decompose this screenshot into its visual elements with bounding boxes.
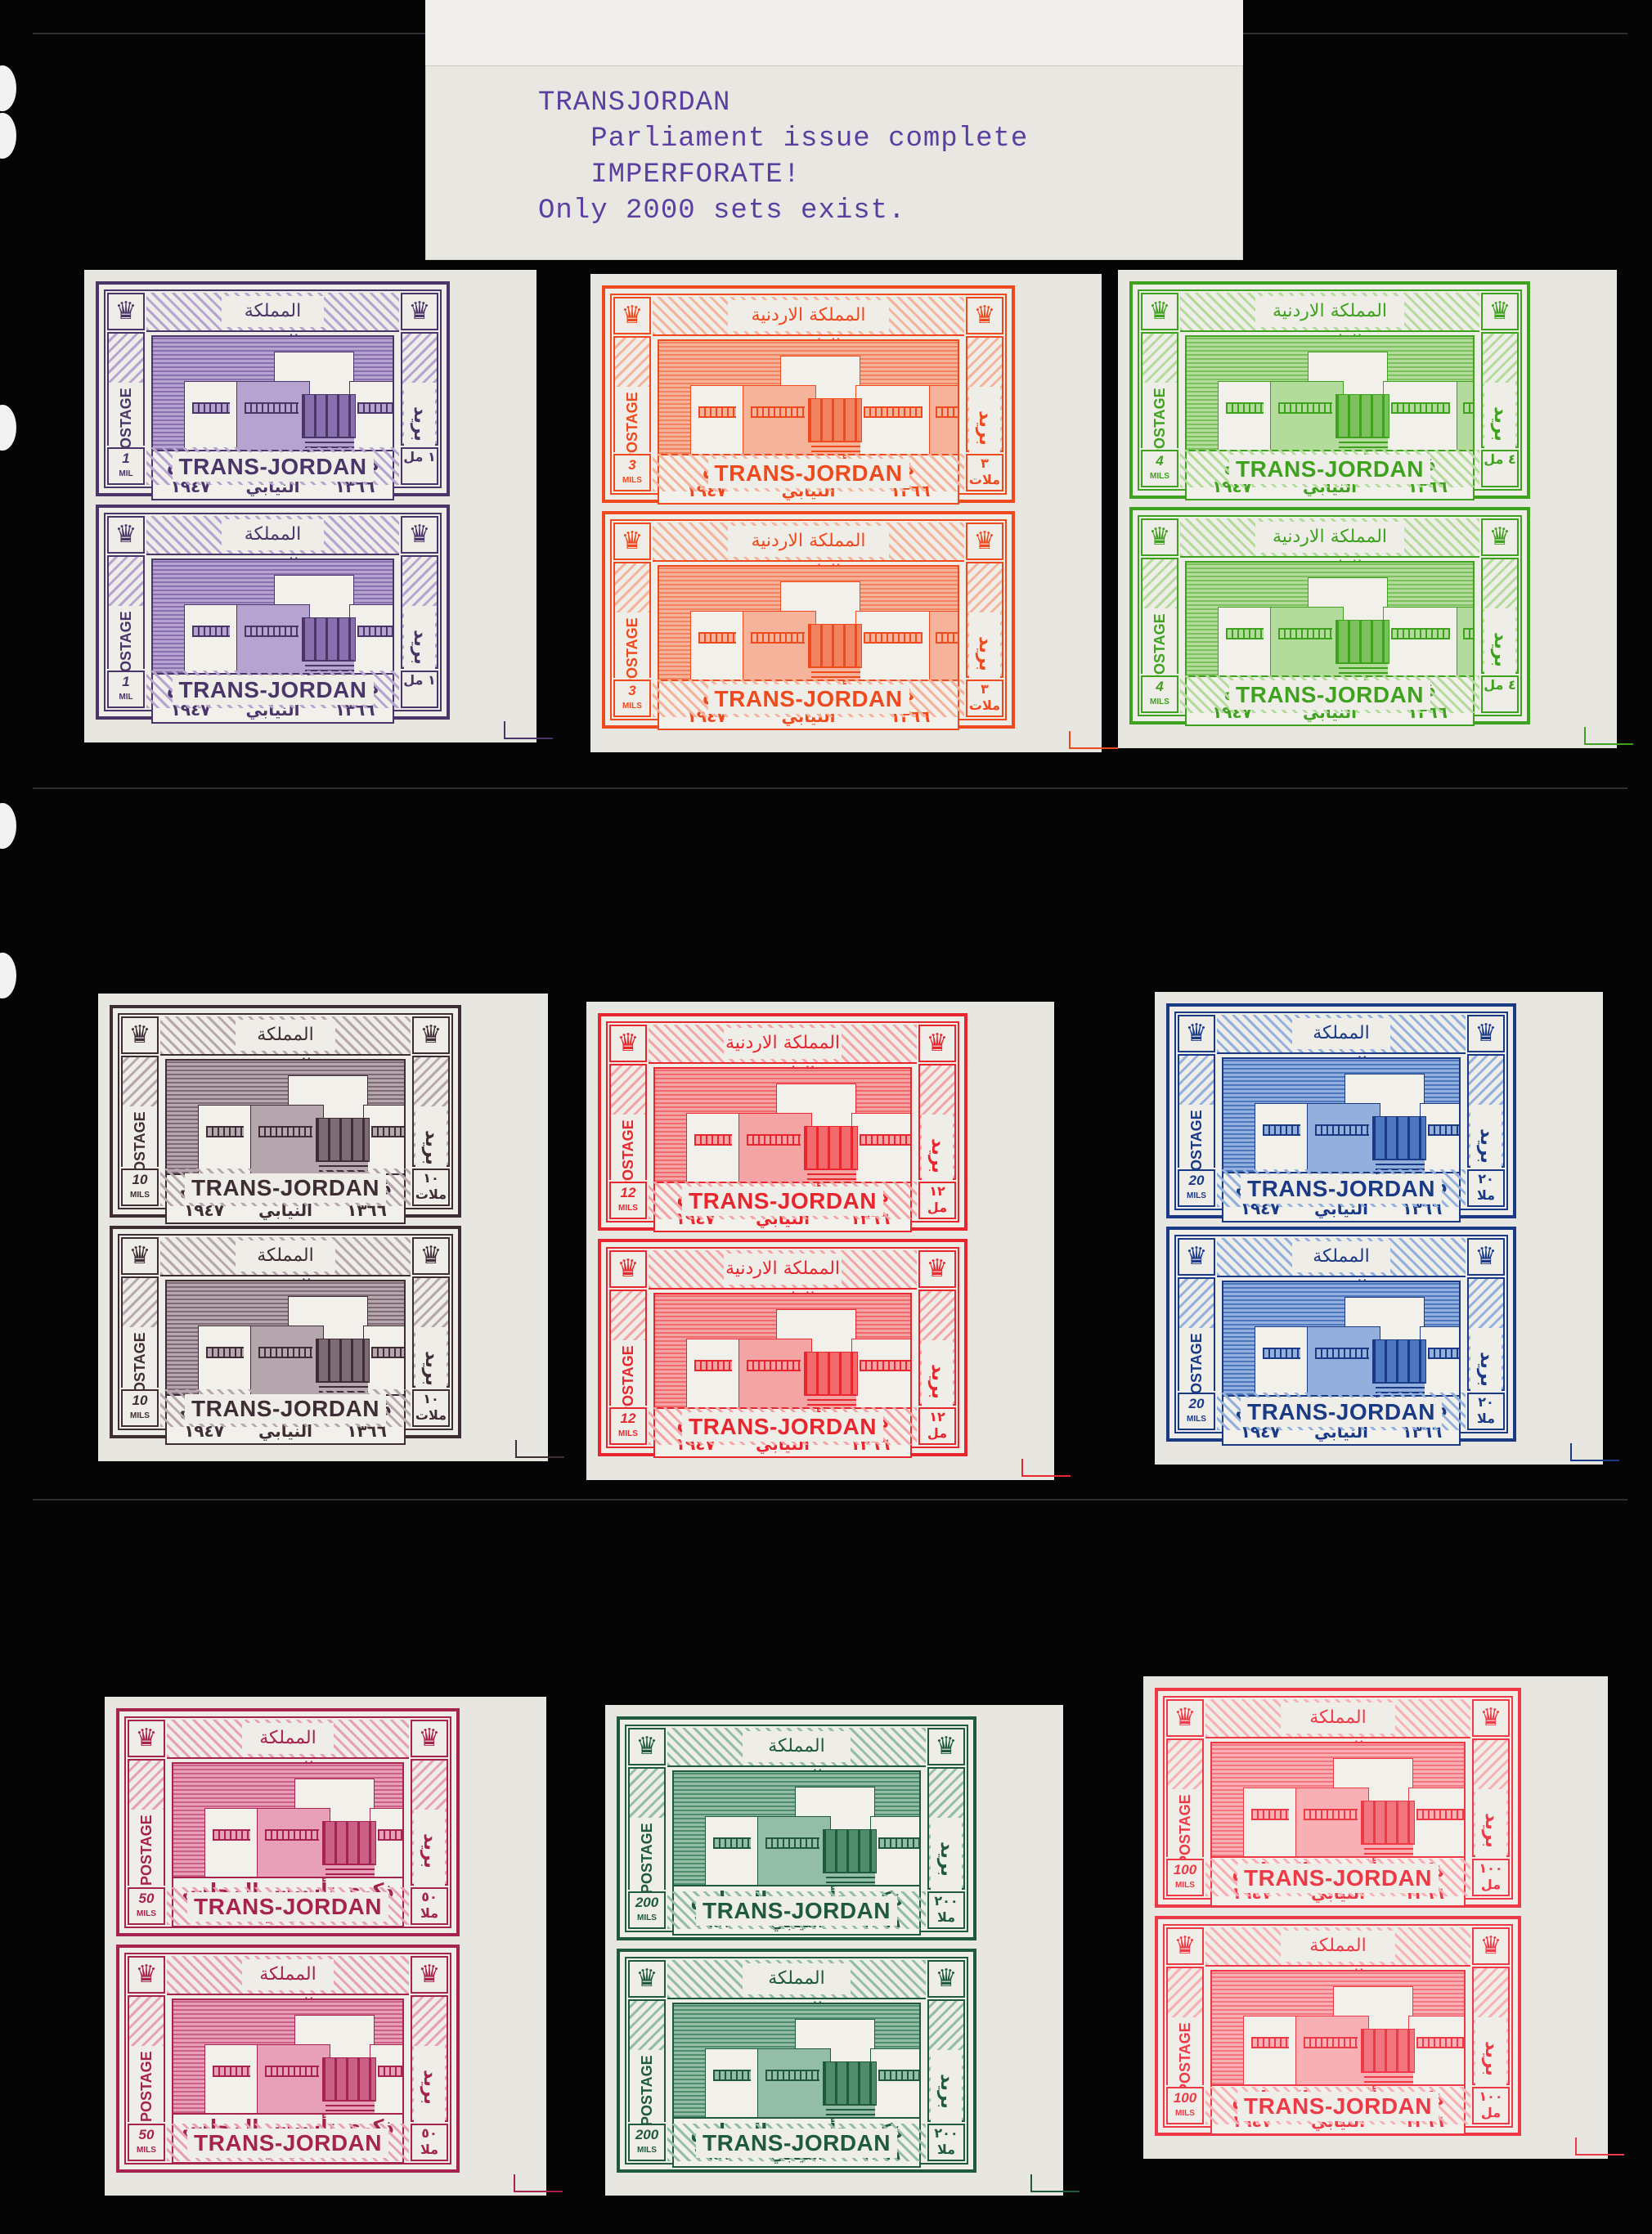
kingdom-inscription: المملكة الاردنية الهاشمية (728, 300, 889, 331)
stamp: المملكة الاردنية الهاشمية ♛ ♛ POSTAGE بر… (617, 1949, 976, 2173)
plate-guide-mark (1030, 2174, 1032, 2192)
crown-icon: ♛ (107, 293, 145, 330)
denomination-arabic: ١٢ مل (918, 1407, 956, 1445)
binder-hole (0, 953, 16, 998)
stamp-pair-100-mils: المملكة الاردنية الهاشمية ♛ ♛ POSTAGE بر… (1143, 1676, 1608, 2159)
stamp: المملكة الاردنية الهاشمية ♛ ♛ POSTAGE بر… (598, 1239, 967, 1456)
plate-guide-mark (504, 721, 505, 739)
arabic-side-label: بريد (931, 2050, 962, 2132)
denomination-arabic: ١٠٠ مل (1472, 1859, 1510, 1896)
crown-icon: ♛ (918, 1250, 956, 1288)
country-name: TRANS-JORDAN (1237, 1864, 1439, 1893)
kingdom-inscription: المملكة الاردنية الهاشمية (222, 296, 324, 327)
crown-icon: ♛ (1467, 1015, 1505, 1052)
plate-guide-mark (1570, 1443, 1572, 1461)
crown-icon: ♛ (927, 1728, 965, 1765)
denomination-latin: 10MILS (121, 1389, 159, 1427)
parliament-building-vignette (1222, 1057, 1461, 1173)
crown-icon: ♛ (128, 1956, 165, 1994)
kingdom-inscription: المملكة الاردنية الهاشمية (236, 1240, 335, 1272)
denomination-arabic: ٢٠ ملا (1467, 1393, 1505, 1430)
parliament-building-vignette (165, 1280, 406, 1396)
country-name: TRANS-JORDAN (185, 1394, 386, 1424)
denomination-latin: 100MILS (1166, 2087, 1204, 2124)
denomination-latin: 1MIL (107, 671, 145, 708)
country-name: TRANS-JORDAN (173, 675, 374, 705)
crown-icon: ♛ (412, 1237, 450, 1275)
denomination-arabic: ١ مل (401, 447, 438, 485)
crown-icon: ♛ (609, 1025, 647, 1062)
denomination-latin: 4MILS (1141, 675, 1178, 713)
stamp: المملكة الاردنية الهاشمية ♛ ♛ POSTAGE بر… (602, 285, 1015, 503)
binder-hole (0, 803, 16, 849)
label-tape (425, 0, 1243, 66)
denomination-arabic: ٣ ملات (966, 680, 1003, 717)
crown-icon: ♛ (401, 516, 438, 554)
country-name: TRANS-JORDAN (696, 2129, 897, 2158)
parliament-building-vignette (672, 1770, 921, 1886)
denomination-arabic: ٢٠ ملا (1467, 1169, 1505, 1207)
stamp: المملكة الاردنية الهاشمية ♛ ♛ POSTAGE بر… (110, 1005, 461, 1218)
country-name: TRANS-JORDAN (696, 1896, 897, 1926)
stamp: المملكة الاردنية الهاشمية ♛ ♛ POSTAGE بر… (1166, 1227, 1516, 1442)
country-name: TRANS-JORDAN (708, 684, 909, 714)
country-name: TRANS-JORDAN (1229, 455, 1430, 484)
denomination-latin: 4MILS (1141, 450, 1178, 487)
postage-label: POSTAGE (630, 2050, 664, 2132)
country-name: TRANS-JORDAN (187, 2129, 388, 2158)
country-name: TRANS-JORDAN (1229, 680, 1430, 710)
denomination-latin: 1MIL (107, 447, 145, 485)
denomination-latin: 20MILS (1178, 1169, 1215, 1207)
country-name: TRANS-JORDAN (173, 452, 374, 482)
binder-hole (0, 405, 16, 451)
crown-icon: ♛ (609, 1250, 647, 1288)
crown-icon: ♛ (128, 1720, 165, 1757)
stamp: المملكة الاردنية الهاشمية ♛ ♛ POSTAGE بر… (96, 281, 450, 496)
stamp-pair-50-mils: المملكة الاردنية الهاشمية ♛ ♛ POSTAGE بر… (105, 1697, 546, 2196)
plate-guide-mark (1021, 1459, 1023, 1477)
stamp-pair-20-mils: المملكة الاردنية الهاشمية ♛ ♛ POSTAGE بر… (1155, 992, 1603, 1465)
crown-icon: ♛ (1472, 1927, 1510, 1965)
denomination-arabic: ٤ مل (1481, 450, 1519, 487)
stamp: المملكة الاردنية الهاشمية ♛ ♛ POSTAGE بر… (1155, 1916, 1521, 2136)
denomination-latin: 10MILS (121, 1169, 159, 1206)
country-name: TRANS-JORDAN (187, 1892, 388, 1922)
album-strip-line (33, 787, 1627, 789)
parliament-building-vignette (151, 335, 394, 451)
parliament-building-vignette (658, 339, 959, 455)
denomination-arabic: ١٢ مل (918, 1182, 956, 1219)
plate-guide-mark (1584, 727, 1586, 745)
plate-guide-mark (1575, 2138, 1577, 2155)
crown-icon: ♛ (1141, 293, 1178, 330)
crown-icon: ♛ (966, 297, 1003, 334)
stamp: المملكة الاردنية الهاشمية ♛ ♛ POSTAGE بر… (602, 511, 1015, 729)
stamp: المملكة الاردنية الهاشمية ♛ ♛ POSTAGE بر… (1129, 281, 1530, 499)
kingdom-inscription: المملكة الاردنية الهاشمية (236, 1020, 335, 1051)
stamp: المملكة الاردنية الهاشمية ♛ ♛ POSTAGE بر… (598, 1013, 967, 1231)
crown-icon: ♛ (918, 1025, 956, 1062)
denomination-arabic: ٥٠ ملا (411, 1887, 448, 1925)
crown-icon: ♛ (411, 1720, 448, 1757)
denomination-latin: 3MILS (613, 680, 651, 717)
crown-icon: ♛ (1467, 1238, 1505, 1276)
crown-icon: ♛ (1472, 1699, 1510, 1737)
crown-icon: ♛ (1481, 293, 1519, 330)
plate-guide-mark (1069, 731, 1071, 749)
parliament-building-vignette (672, 2003, 921, 2119)
stamp: المملكة الاردنية الهاشمية ♛ ♛ POSTAGE بر… (116, 1945, 460, 2173)
country-name: TRANS-JORDAN (1241, 1174, 1442, 1204)
parliament-building-vignette (658, 565, 959, 681)
kingdom-inscription: المملكة الاردنية الهاشمية (1281, 1931, 1395, 1962)
stamp-pair-1-mil: المملكة الاردنية الهاشمية ♛ ♛ POSTAGE بر… (84, 270, 536, 742)
denomination-latin: 12MILS (609, 1407, 647, 1445)
parliament-building-vignette (1210, 1742, 1466, 1858)
kingdom-inscription: المملكة الاردنية الهاشمية (724, 1028, 842, 1059)
denomination-latin: 3MILS (613, 454, 651, 491)
crown-icon: ♛ (412, 1016, 450, 1054)
parliament-building-vignette (1222, 1281, 1461, 1397)
parliament-building-vignette (653, 1293, 912, 1409)
kingdom-inscription: المملكة الاردنية الهاشمية (728, 526, 889, 557)
stamp-pair-12-mils: المملكة الاردنية الهاشمية ♛ ♛ POSTAGE بر… (586, 1002, 1054, 1480)
stamp: المملكة الاردنية الهاشمية ♛ ♛ POSTAGE بر… (1166, 1003, 1516, 1218)
denomination-arabic: ٤ مل (1481, 675, 1519, 713)
label-text: TRANSJORDAN Parliament issue complete IM… (538, 85, 1028, 229)
crown-icon: ♛ (613, 523, 651, 560)
denomination-arabic: ١٠٠ مل (1472, 2087, 1510, 2124)
crown-icon: ♛ (628, 1728, 666, 1765)
stamp: المملكة الاردنية الهاشمية ♛ ♛ POSTAGE بر… (617, 1716, 976, 1940)
kingdom-inscription: المملكة الاردنية الهاشمية (1292, 1241, 1390, 1272)
stamp: المملكة الاردنية الهاشمية ♛ ♛ POSTAGE بر… (96, 505, 450, 720)
denomination-latin: 50MILS (128, 1887, 165, 1925)
denomination-arabic: ٢٠٠ ملا (927, 2124, 965, 2161)
denomination-arabic: ١ مل (401, 671, 438, 708)
parliament-building-vignette (172, 1998, 404, 2115)
stamp: المملكة الاردنية الهاشمية ♛ ♛ POSTAGE بر… (110, 1226, 461, 1438)
crown-icon: ♛ (966, 523, 1003, 560)
kingdom-inscription: المملكة الاردنية الهاشمية (1292, 1018, 1390, 1049)
crown-icon: ♛ (1166, 1699, 1204, 1737)
crown-icon: ♛ (401, 293, 438, 330)
denomination-latin: 12MILS (609, 1182, 647, 1219)
denomination-arabic: ٥٠ ملا (411, 2124, 448, 2161)
crown-icon: ♛ (927, 1960, 965, 1998)
crown-icon: ♛ (121, 1237, 159, 1275)
denomination-arabic: ١٠ ملات (412, 1169, 450, 1206)
crown-icon: ♛ (1178, 1015, 1215, 1052)
denomination-latin: 200MILS (628, 2124, 666, 2161)
arabic-side-label: بريد (931, 1818, 962, 1900)
country-name: TRANS-JORDAN (185, 1173, 386, 1203)
parliament-building-vignette (165, 1059, 406, 1175)
stamp-pair-10-mils: المملكة الاردنية الهاشمية ♛ ♛ POSTAGE بر… (98, 994, 548, 1461)
parliament-building-vignette (1185, 335, 1475, 451)
crown-icon: ♛ (613, 297, 651, 334)
denomination-latin: 100MILS (1166, 1859, 1204, 1896)
denomination-latin: 50MILS (128, 2124, 165, 2161)
album-strip-line (33, 1499, 1627, 1501)
binder-hole (0, 113, 16, 159)
crown-icon: ♛ (411, 1956, 448, 1994)
parliament-building-vignette (1185, 561, 1475, 677)
kingdom-inscription: المملكة الاردنية الهاشمية (1255, 522, 1404, 553)
country-name: TRANS-JORDAN (1241, 1397, 1442, 1427)
binder-hole (0, 65, 16, 111)
stamp-pair-4-mils: المملكة الاردنية الهاشمية ♛ ♛ POSTAGE بر… (1118, 270, 1617, 748)
country-name: TRANS-JORDAN (682, 1187, 883, 1216)
crown-icon: ♛ (1178, 1238, 1215, 1276)
kingdom-inscription: المملكة الاردنية الهاشمية (743, 1731, 851, 1762)
denomination-arabic: ٢٠٠ ملا (927, 1891, 965, 1929)
crown-icon: ♛ (628, 1960, 666, 1998)
parliament-building-vignette (653, 1067, 912, 1183)
denomination-latin: 20MILS (1178, 1393, 1215, 1430)
parliament-building-vignette (151, 558, 394, 675)
stamp-pair-200-mils: المملكة الاردنية الهاشمية ♛ ♛ POSTAGE بر… (605, 1705, 1063, 2196)
arabic-side-label: بريد (414, 1810, 445, 1891)
denomination-arabic: ٣ ملات (966, 454, 1003, 491)
stamp: المملكة الاردنية الهاشمية ♛ ♛ POSTAGE بر… (1155, 1688, 1521, 1908)
kingdom-inscription: المملكة الاردنية الهاشمية (1281, 1702, 1395, 1734)
parliament-building-vignette (1210, 1970, 1466, 2086)
stamp-pair-3-mils: المملكة الاردنية الهاشمية ♛ ♛ POSTAGE بر… (590, 274, 1102, 752)
kingdom-inscription: المملكة الاردنية الهاشمية (242, 1723, 334, 1754)
stamp: المملكة الاردنية الهاشمية ♛ ♛ POSTAGE بر… (116, 1708, 460, 1936)
postage-label: POSTAGE (129, 1810, 164, 1891)
kingdom-inscription: المملكة الاردنية الهاشمية (724, 1254, 842, 1285)
kingdom-inscription: المملكة الاردنية الهاشمية (222, 519, 324, 550)
crown-icon: ♛ (107, 516, 145, 554)
postage-label: POSTAGE (630, 1818, 664, 1900)
country-name: TRANS-JORDAN (1237, 2092, 1439, 2121)
denomination-arabic: ١٠ ملات (412, 1389, 450, 1427)
kingdom-inscription: المملكة الاردنية الهاشمية (242, 1959, 334, 1990)
denomination-latin: 200MILS (628, 1891, 666, 1929)
parliament-building-vignette (172, 1762, 404, 1878)
kingdom-inscription: المملكة الاردنية الهاشمية (1255, 296, 1404, 327)
country-name: TRANS-JORDAN (708, 459, 909, 488)
stamp: المملكة الاردنية الهاشمية ♛ ♛ POSTAGE بر… (1129, 507, 1530, 724)
country-name: TRANS-JORDAN (682, 1412, 883, 1442)
kingdom-inscription: المملكة الاردنية الهاشمية (743, 1963, 851, 1994)
postage-label: POSTAGE (129, 2046, 164, 2128)
crown-icon: ♛ (121, 1016, 159, 1054)
album-label: TRANSJORDAN Parliament issue complete IM… (425, 0, 1243, 260)
crown-icon: ♛ (1481, 518, 1519, 556)
plate-guide-mark (515, 1440, 517, 1458)
crown-icon: ♛ (1166, 1927, 1204, 1965)
arabic-side-label: بريد (414, 2046, 445, 2128)
crown-icon: ♛ (1141, 518, 1178, 556)
plate-guide-mark (514, 2174, 515, 2192)
